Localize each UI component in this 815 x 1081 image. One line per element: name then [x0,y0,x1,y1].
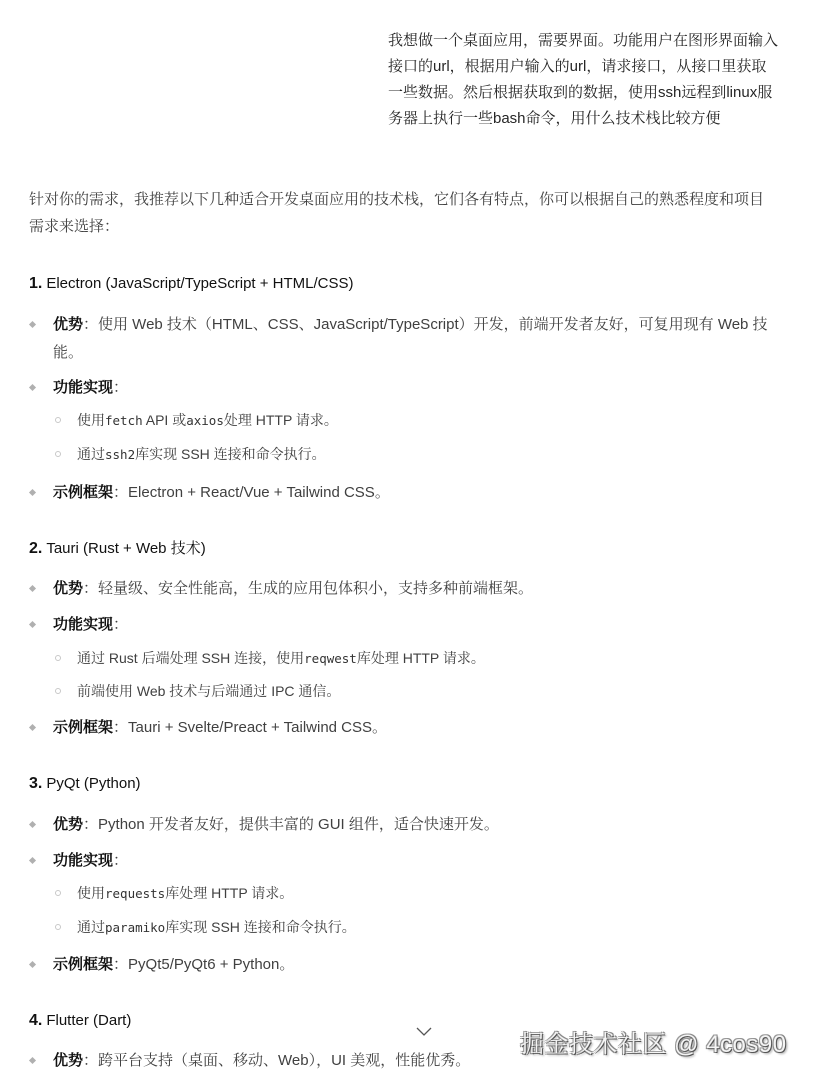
inline-code: paramiko [105,920,165,935]
item-text: ：跨平台支持（桌面、移动、Web），UI 美观，性能优秀。 [83,1052,470,1069]
sub-text: 通过 [77,446,105,462]
user-message-line: 我想做一个桌面应用，需要界面。功能用户在图形界面输入 [388,28,808,54]
user-message: 我想做一个桌面应用，需要界面。功能用户在图形界面输入 接口的url，根据用户输入… [388,28,808,132]
item-key: 功能实现 [53,379,113,396]
sub-text: 库处理 HTTP 请求。 [357,650,485,666]
diamond-bullet-icon [29,961,36,968]
item-key: 优势 [53,1052,83,1069]
intro-line: 需求来选择： [29,213,815,240]
item-key: 功能实现 [53,852,113,869]
section-title: PyQt (Python) [46,775,140,792]
sub-item: 使用fetch API 或axios处理 HTTP 请求。 [77,409,807,432]
item-colon: ： [113,379,128,396]
section-number: 3. [29,775,42,792]
item-text: ：PyQt5/PyQt6 + Python。 [113,956,294,973]
circle-bullet-icon [55,924,61,930]
list-item-implementation: 功能实现： [53,374,813,402]
section-title: Flutter (Dart) [46,1012,131,1029]
section-heading-pyqt: 3.PyQt (Python) [29,774,141,794]
circle-bullet-icon [55,655,61,661]
section-heading-tauri: 2.Tauri (Rust + Web 技术) [29,539,206,559]
item-key: 优势 [53,316,83,333]
sub-text: 前端使用 Web 技术与后端通过 IPC 通信。 [77,683,340,699]
circle-bullet-icon [55,890,61,896]
list-item-implementation: 功能实现： [53,847,813,875]
diamond-bullet-icon [29,724,36,731]
item-colon: ： [113,616,128,633]
item-text: ：使用 Web 技术（HTML、CSS、JavaScript/TypeScrip… [83,316,768,333]
sub-text: 通过 Rust 后端处理 SSH 连接，使用 [77,650,304,666]
circle-bullet-icon [55,417,61,423]
item-key: 示例框架 [53,484,113,501]
circle-bullet-icon [55,451,61,457]
item-key: 优势 [53,816,83,833]
sub-item: 前端使用 Web 技术与后端通过 IPC 通信。 [77,680,807,702]
item-text: ：Tauri + Svelte/Preact + Tailwind CSS。 [113,719,387,736]
sub-text: 通过 [77,919,105,935]
sub-item: 通过ssh2库实现 SSH 连接和命令执行。 [77,443,807,466]
inline-code: fetch [105,413,143,428]
diamond-bullet-icon [29,489,36,496]
section-heading-flutter: 4.Flutter (Dart) [29,1011,131,1031]
item-key: 示例框架 [53,719,113,736]
watermark: 掘金技术社区 @ 4cos90 [520,1024,787,1059]
inline-code: axios [186,413,224,428]
diamond-bullet-icon [29,857,36,864]
sub-text: 使用 [77,412,105,428]
sub-text: 使用 [77,885,105,901]
sub-item: 通过 Rust 后端处理 SSH 连接，使用reqwest库处理 HTTP 请求… [77,647,807,670]
sub-item: 通过paramiko库实现 SSH 连接和命令执行。 [77,916,807,939]
chevron-down-icon [416,1027,432,1037]
item-text: ：Electron + React/Vue + Tailwind CSS。 [113,484,390,501]
scroll-down-button[interactable] [416,1024,432,1034]
list-item-implementation: 功能实现： [53,611,813,639]
sub-text: 库处理 HTTP 请求。 [165,885,293,901]
list-item-example: 示例框架：Electron + React/Vue + Tailwind CSS… [53,479,813,507]
section-number: 4. [29,1012,42,1029]
inline-code: ssh2 [105,447,135,462]
inline-code: requests [105,886,165,901]
item-key: 功能实现 [53,616,113,633]
diamond-bullet-icon [29,621,36,628]
sub-text: 库实现 SSH 连接和命令执行。 [135,446,326,462]
list-item-advantage: 优势：Python 开发者友好，提供丰富的 GUI 组件，适合快速开发。 [53,811,813,839]
circle-bullet-icon [55,688,61,694]
diamond-bullet-icon [29,1057,36,1064]
list-item-example: 示例框架：PyQt5/PyQt6 + Python。 [53,951,813,979]
diamond-bullet-icon [29,384,36,391]
list-item-advantage: 优势：轻量级、安全性能高，生成的应用包体积小，支持多种前端框架。 [53,575,813,603]
item-text-continued: 能。 [53,344,83,361]
list-item-advantage: 优势：使用 Web 技术（HTML、CSS、JavaScript/TypeScr… [53,311,813,367]
intro-line: 针对你的需求，我推荐以下几种适合开发桌面应用的技术栈，它们各有特点，你可以根据自… [29,186,815,213]
user-message-line: 接口的url，根据用户输入的url，请求接口，从接口里获取 [388,54,808,80]
user-message-line: 一些数据。然后根据获取到的数据，使用ssh远程到linux服 [388,80,808,106]
sub-item: 使用requests库处理 HTTP 请求。 [77,882,807,905]
user-message-line: 务器上执行一些bash命令，用什么技术栈比较方便 [388,106,808,132]
item-key: 优势 [53,580,83,597]
section-number: 1. [29,275,42,292]
diamond-bullet-icon [29,821,36,828]
section-title: Tauri (Rust + Web 技术) [46,540,205,557]
item-key: 示例框架 [53,956,113,973]
diamond-bullet-icon [29,321,36,328]
item-colon: ： [113,852,128,869]
section-title: Electron (JavaScript/TypeScript + HTML/C… [46,275,353,292]
list-item-example: 示例框架：Tauri + Svelte/Preact + Tailwind CS… [53,714,813,742]
section-number: 2. [29,540,42,557]
diamond-bullet-icon [29,585,36,592]
section-heading-electron: 1.Electron (JavaScript/TypeScript + HTML… [29,274,354,294]
inline-code: reqwest [304,651,357,666]
sub-text: 处理 HTTP 请求。 [224,412,338,428]
sub-text: 库实现 SSH 连接和命令执行。 [165,919,356,935]
item-text: ：轻量级、安全性能高，生成的应用包体积小，支持多种前端框架。 [83,580,533,597]
sub-text: API 或 [143,412,187,428]
item-text: ：Python 开发者友好，提供丰富的 GUI 组件，适合快速开发。 [83,816,499,833]
answer-intro: 针对你的需求，我推荐以下几种适合开发桌面应用的技术栈，它们各有特点，你可以根据自… [29,186,815,240]
